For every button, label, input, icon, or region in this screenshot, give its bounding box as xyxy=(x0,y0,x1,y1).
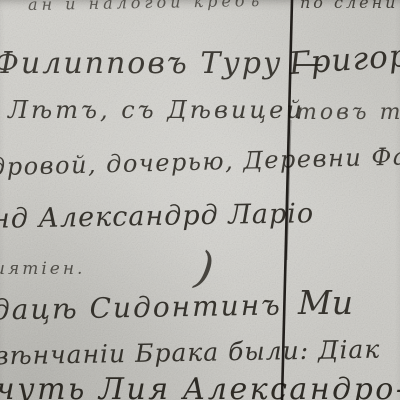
handwriting-line: по слени xyxy=(300,0,398,12)
handwriting-line: ан и налогой кребъ xyxy=(28,0,264,14)
handwriting-line: нд Александрд Ларіо xyxy=(0,198,314,235)
handwriting-line: дацѣ Сидонтинъ xyxy=(0,288,282,326)
handwriting-line: иятіен. xyxy=(0,259,85,279)
handwriting-line: товъ ти xyxy=(296,100,400,125)
handwriting-line: Григорьев xyxy=(288,34,400,82)
handwriting-line: дровой, дочерью, Деревни Фановъ xyxy=(0,141,400,182)
manuscript-page: ан и налогой кребъ по слени Филипповъ Ту… xyxy=(0,0,400,400)
handwriting-line: Лѣтъ, съ Дѣвицей xyxy=(8,96,305,124)
handwriting-line: Филипповъ Туру — xyxy=(0,46,326,81)
handwriting-line: чуть Лия Александро-и xyxy=(0,372,400,400)
handwriting-line: вѣнчаніи Брака были: Діак xyxy=(0,335,381,371)
handwriting-flourish: ) xyxy=(192,242,217,295)
handwriting-line: Ми xyxy=(298,283,353,322)
